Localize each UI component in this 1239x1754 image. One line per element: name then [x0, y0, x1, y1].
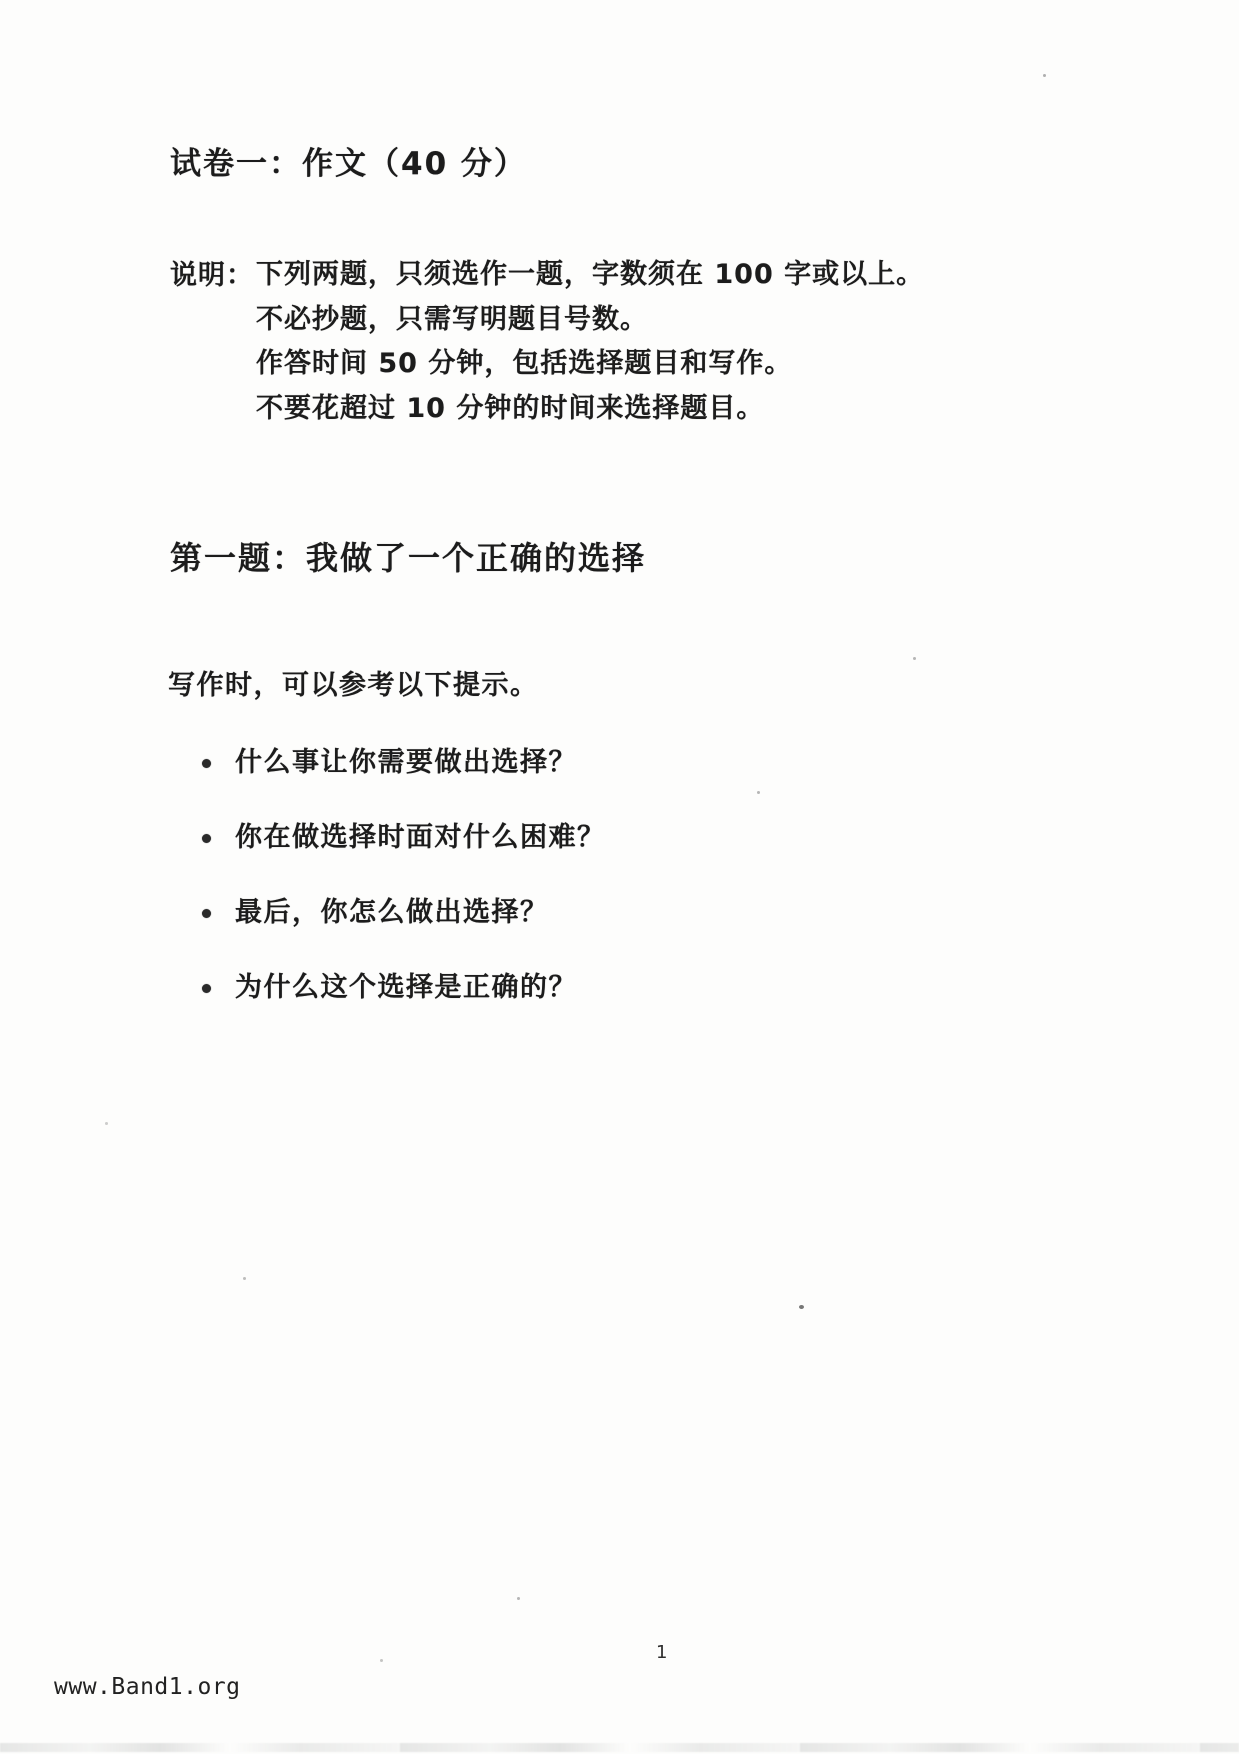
instructions-label: 说明： [170, 253, 256, 292]
scan-speck [913, 657, 916, 660]
scan-speck [757, 791, 760, 794]
scan-speck [105, 1122, 108, 1125]
hint-list: 什么事让你需要做出选择？ 你在做选择时面对什么困难？ 最后，你怎么做出选择？ 为… [202, 748, 606, 1002]
instructions-block: 说明： 下列两题，只须选作一题，字数须在 100 字或以上。 不必抄题，只需写明… [170, 253, 924, 431]
bullet-icon [202, 909, 211, 918]
hint-text: 什么事让你需要做出选择？ [235, 748, 577, 777]
list-item: 你在做选择时面对什么困难？ [202, 823, 606, 852]
instruction-line: 作答时间 50 分钟，包括选择题目和写作。 [256, 342, 924, 387]
scanned-exam-page: 试卷一：作文（40 分） 说明： 下列两题，只须选作一题，字数须在 100 字或… [0, 0, 1239, 1754]
hint-text: 最后，你怎么做出选择？ [235, 898, 549, 927]
paper-title: 试卷一：作文（40 分） [170, 138, 527, 183]
hints-intro: 写作时，可以参考以下提示。 [168, 663, 539, 702]
scan-speck [243, 1277, 246, 1280]
list-item: 最后，你怎么做出选择？ [202, 898, 606, 927]
page-number: 1 [656, 1642, 667, 1663]
question-one-heading: 第一题：我做了一个正确的选择 [170, 533, 646, 579]
bullet-icon [202, 759, 211, 768]
scan-speck [380, 1659, 383, 1662]
bullet-icon [202, 834, 211, 843]
instruction-line: 下列两题，只须选作一题，字数须在 100 字或以上。 [256, 253, 924, 298]
instruction-line: 不必抄题，只需写明题目号数。 [256, 298, 924, 343]
bullet-icon [202, 984, 211, 993]
instructions-lines: 下列两题，只须选作一题，字数须在 100 字或以上。 不必抄题，只需写明题目号数… [256, 253, 924, 431]
scan-speck [799, 1305, 804, 1309]
instruction-line: 不要花超过 10 分钟的时间来选择题目。 [256, 387, 924, 432]
list-item: 什么事让你需要做出选择？ [202, 748, 606, 777]
watermark-url: www.Band1.org [54, 1674, 241, 1700]
hint-text: 为什么这个选择是正确的？ [235, 973, 577, 1002]
scan-speck [517, 1597, 520, 1600]
scan-edge-artifact [0, 1743, 1239, 1752]
scan-speck [1043, 74, 1046, 77]
hint-text: 你在做选择时面对什么困难？ [235, 823, 606, 852]
list-item: 为什么这个选择是正确的？ [202, 973, 606, 1002]
